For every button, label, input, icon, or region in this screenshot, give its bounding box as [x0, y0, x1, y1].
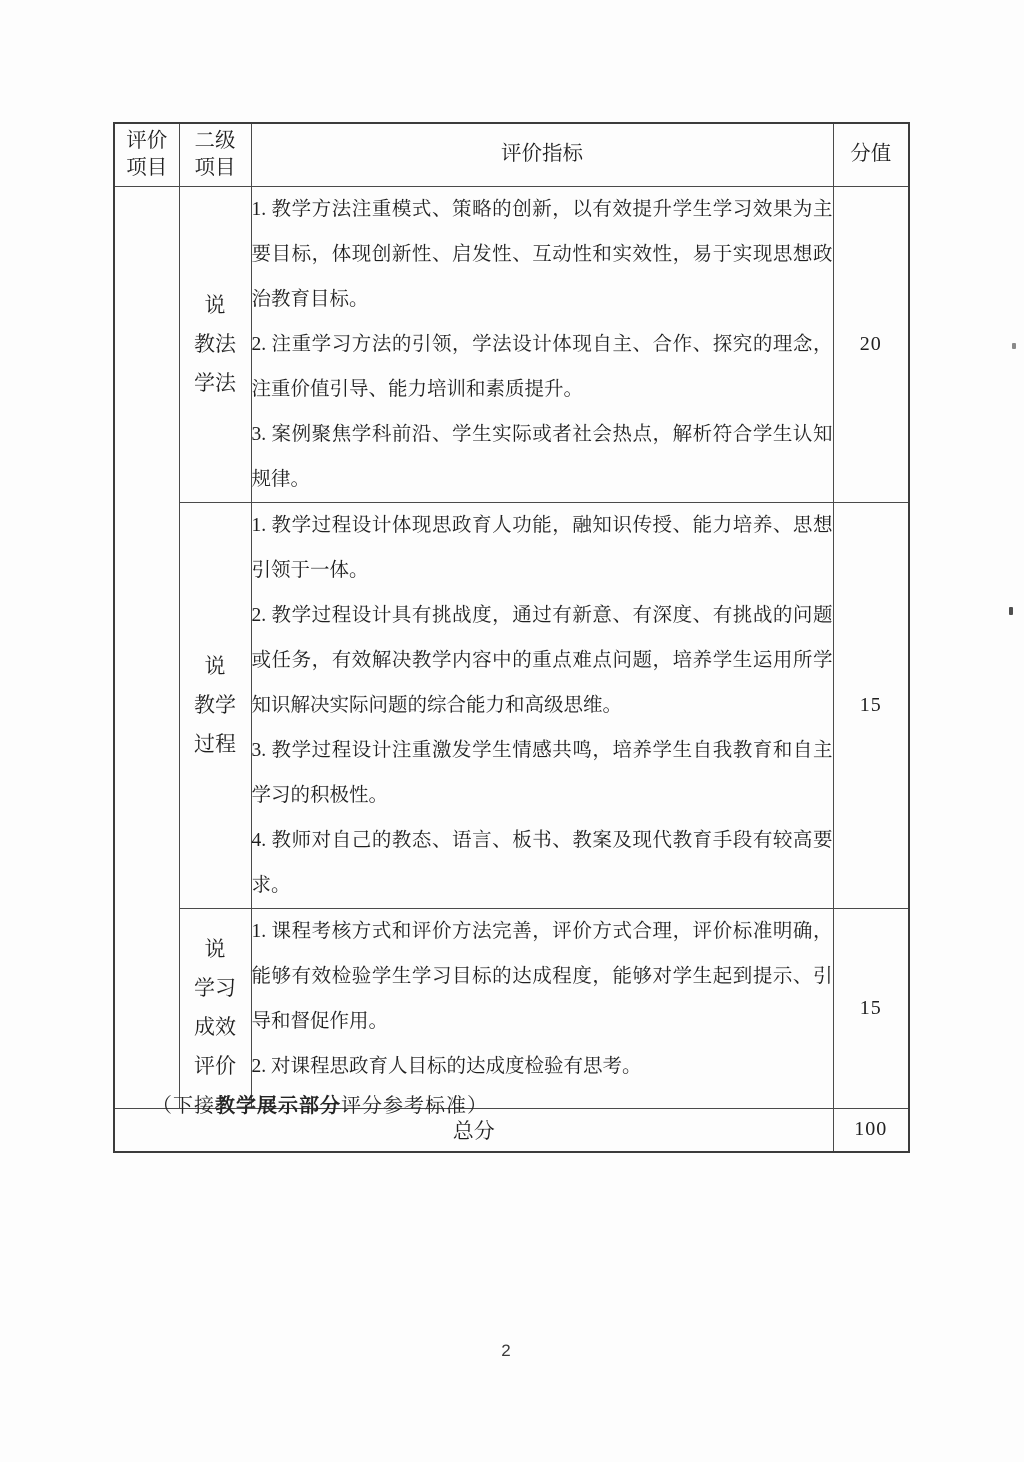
- table-row-teaching-process: 说 教学 过程 1. 教学过程设计体现思政育人功能，融知识传授、能力培养、思想引…: [114, 502, 909, 908]
- indicator-item: 1. 课程考核方式和评价方法完善，评价方式合理，评价标准明确，能够有效检验学生学…: [252, 909, 833, 1044]
- indicators-teaching-process: 1. 教学过程设计体现思政育人功能，融知识传授、能力培养、思想引领于一体。 2.…: [251, 502, 833, 908]
- indicators-teaching-methods: 1. 教学方法注重模式、策略的创新，以有效提升学生学习效果为主要目标，体现创新性…: [251, 186, 833, 502]
- indicator-item: 3. 案例聚焦学科前沿、学生实际或者社会热点，解析符合学生认知规律。: [252, 412, 833, 502]
- indicator-item: 1. 教学过程设计体现思政育人功能，融知识传授、能力培养、思想引领于一体。: [252, 503, 833, 593]
- score-teaching-process: 15: [833, 502, 909, 908]
- indicator-item: 1. 教学方法注重模式、策略的创新，以有效提升学生学习效果为主要目标，体现创新性…: [252, 187, 833, 322]
- indicator-item: 2. 注重学习方法的引领，学法设计体现自主、合作、探究的理念，注重价值引导、能力…: [252, 322, 833, 412]
- score-learning-outcome: 15: [833, 908, 909, 1108]
- header-evaluation-item: 评价 项目: [114, 123, 179, 186]
- continuation-note-prefix: （下接: [152, 1095, 215, 1117]
- document-page: 评价 项目 二级 项目 评价指标 分值 说 教法 学法 1. 教学方法注重模式、…: [0, 0, 1024, 1462]
- header-line: 项目: [115, 155, 179, 182]
- score-teaching-methods: 20: [833, 186, 909, 502]
- sub-item-line: 说: [180, 647, 251, 686]
- continuation-note: （下接教学展示部分评分参考标准）: [152, 1089, 488, 1118]
- sub-item-line: 学法: [180, 364, 251, 403]
- header-line: 二级: [180, 128, 251, 155]
- header-evaluation-indicators: 评价指标: [251, 123, 833, 186]
- header-score: 分值: [833, 123, 909, 186]
- indicator-item: 2. 教学过程设计具有挑战度，通过有新意、有深度、有挑战的问题或任务，有效解决教…: [252, 593, 833, 728]
- header-secondary-item: 二级 项目: [179, 123, 251, 186]
- indicator-item: 4. 教师对自己的教态、语言、板书、教案及现代教育手段有较高要求。: [252, 818, 833, 908]
- scan-artifact-speck: [1009, 607, 1013, 615]
- indicator-item: 3. 教学过程设计注重激发学生情感共鸣，培养学生自我教育和自主学习的积极性。: [252, 728, 833, 818]
- header-line: 项目: [180, 155, 251, 182]
- page-number: 2: [0, 1341, 1012, 1361]
- sub-item-line: 评价: [180, 1047, 251, 1086]
- header-line: 评价: [115, 128, 179, 155]
- sub-item-line: 过程: [180, 725, 251, 764]
- sub-item-line: 学习: [180, 969, 251, 1008]
- continuation-note-bold: 教学展示部分: [215, 1095, 341, 1117]
- total-score: 100: [833, 1108, 909, 1152]
- sub-item-line: 说: [180, 286, 251, 325]
- category-cell-empty: [114, 186, 179, 1108]
- indicators-learning-outcome: 1. 课程考核方式和评价方法完善，评价方式合理，评价标准明确，能够有效检验学生学…: [251, 908, 833, 1108]
- evaluation-rubric-table: 评价 项目 二级 项目 评价指标 分值 说 教法 学法 1. 教学方法注重模式、…: [113, 122, 910, 1153]
- sub-item-line: 教学: [180, 686, 251, 725]
- continuation-note-suffix: 评分参考标准）: [341, 1095, 488, 1117]
- sub-item-line: 教法: [180, 325, 251, 364]
- sub-item-line: 成效: [180, 1008, 251, 1047]
- sub-item-learning-outcome-evaluation: 说 学习 成效 评价: [179, 908, 251, 1108]
- sub-item-teaching-process: 说 教学 过程: [179, 502, 251, 908]
- table-row-teaching-methods: 说 教法 学法 1. 教学方法注重模式、策略的创新，以有效提升学生学习效果为主要…: [114, 186, 909, 502]
- scan-artifact-speck: [1012, 343, 1016, 349]
- table-header-row: 评价 项目 二级 项目 评价指标 分值: [114, 123, 909, 186]
- table-row-learning-outcome: 说 学习 成效 评价 1. 课程考核方式和评价方法完善，评价方式合理，评价标准明…: [114, 908, 909, 1108]
- indicator-item: 2. 对课程思政育人目标的达成度检验有思考。: [252, 1044, 833, 1089]
- sub-item-teaching-methods: 说 教法 学法: [179, 186, 251, 502]
- sub-item-line: 说: [180, 930, 251, 969]
